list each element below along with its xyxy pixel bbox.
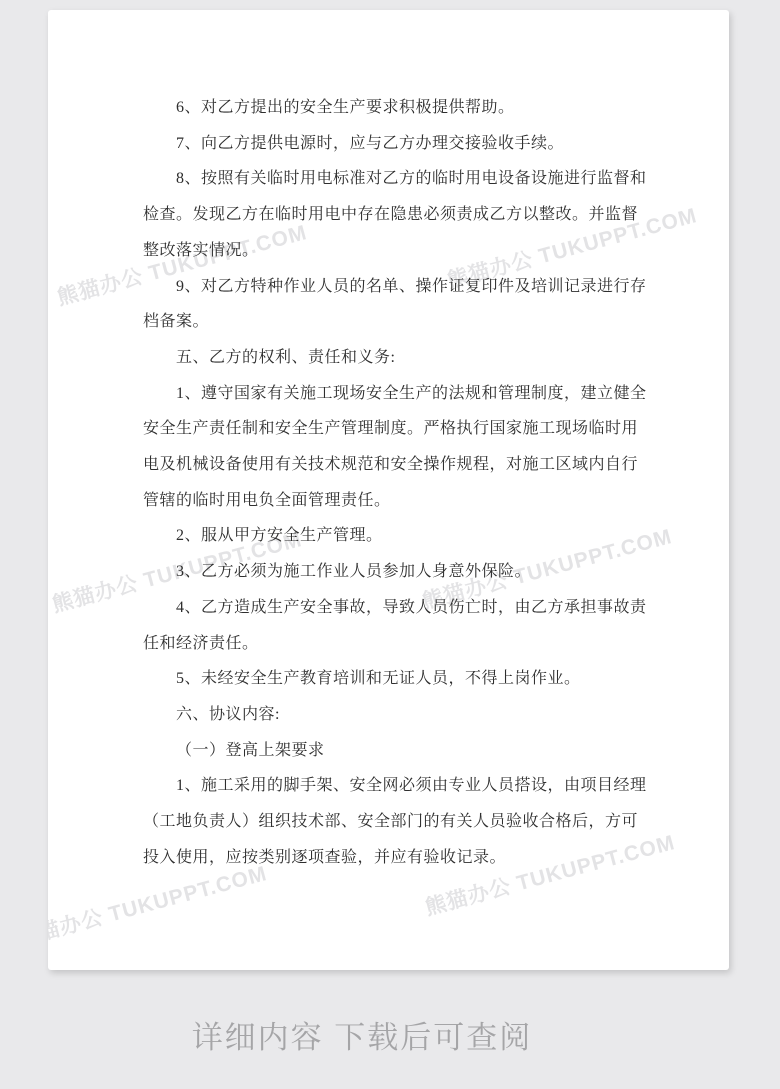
doc-line: 1、施工采用的脚手架、安全网必须由专业人员搭设，由项目经理 [143,768,683,804]
doc-line: 8、按照有关临时用电标准对乙方的临时用电设备设施进行监督和 [143,161,683,197]
doc-line: 1、遵守国家有关施工现场安全生产的法规和管理制度，建立健全 [143,376,683,412]
doc-line: 整改落实情况。 [143,233,683,269]
preview-footer: 详细内容 下载后可查阅 [0,970,780,1089]
doc-line: 管辖的临时用电负全面管理责任。 [143,483,683,519]
doc-line: 档备案。 [143,304,683,340]
document-page: 熊猫办公 TUKUPPT.COM 熊猫办公 TUKUPPT.COM 熊猫办公 T… [48,10,729,970]
doc-line: 4、乙方造成生产安全事故，导致人员伤亡时，由乙方承担事故责 [143,590,683,626]
doc-line: 六、协议内容: [143,697,683,733]
doc-line: 任和经济责任。 [143,626,683,662]
doc-line: 5、未经安全生产教育培训和无证人员，不得上岗作业。 [143,661,683,697]
document-preview-screen: 熊猫办公 TUKUPPT.COM 熊猫办公 TUKUPPT.COM 熊猫办公 T… [0,0,780,1089]
doc-line: （一）登高上架要求 [143,733,683,769]
doc-line: 3、乙方必须为施工作业人员参加人身意外保险。 [143,554,683,590]
doc-line: （工地负责人）组织技术部、安全部门的有关人员验收合格后，方可 [143,804,683,840]
document-body: 6、对乙方提出的安全生产要求积极提供帮助。 7、向乙方提供电源时，应与乙方办理交… [143,90,683,875]
doc-line: 7、向乙方提供电源时，应与乙方办理交接验收手续。 [143,126,683,162]
doc-line: 9、对乙方特种作业人员的名单、操作证复印件及培训记录进行存 [143,269,683,305]
doc-line: 检查。发现乙方在临时用电中存在隐患必须责成乙方以整改。并监督 [143,197,683,233]
footer-note: 详细内容 下载后可查阅 [192,1012,533,1057]
doc-line: 电及机械设备使用有关技术规范和安全操作规程，对施工区域内自行 [143,447,683,483]
doc-line: 五、乙方的权利、责任和义务: [143,340,683,376]
doc-line: 6、对乙方提出的安全生产要求积极提供帮助。 [143,90,683,126]
doc-line: 安全生产责任制和安全生产管理制度。严格执行国家施工现场临时用 [143,411,683,447]
doc-line: 投入使用，应按类别逐项查验，并应有验收记录。 [143,840,683,876]
doc-line: 2、服从甲方安全生产管理。 [143,518,683,554]
